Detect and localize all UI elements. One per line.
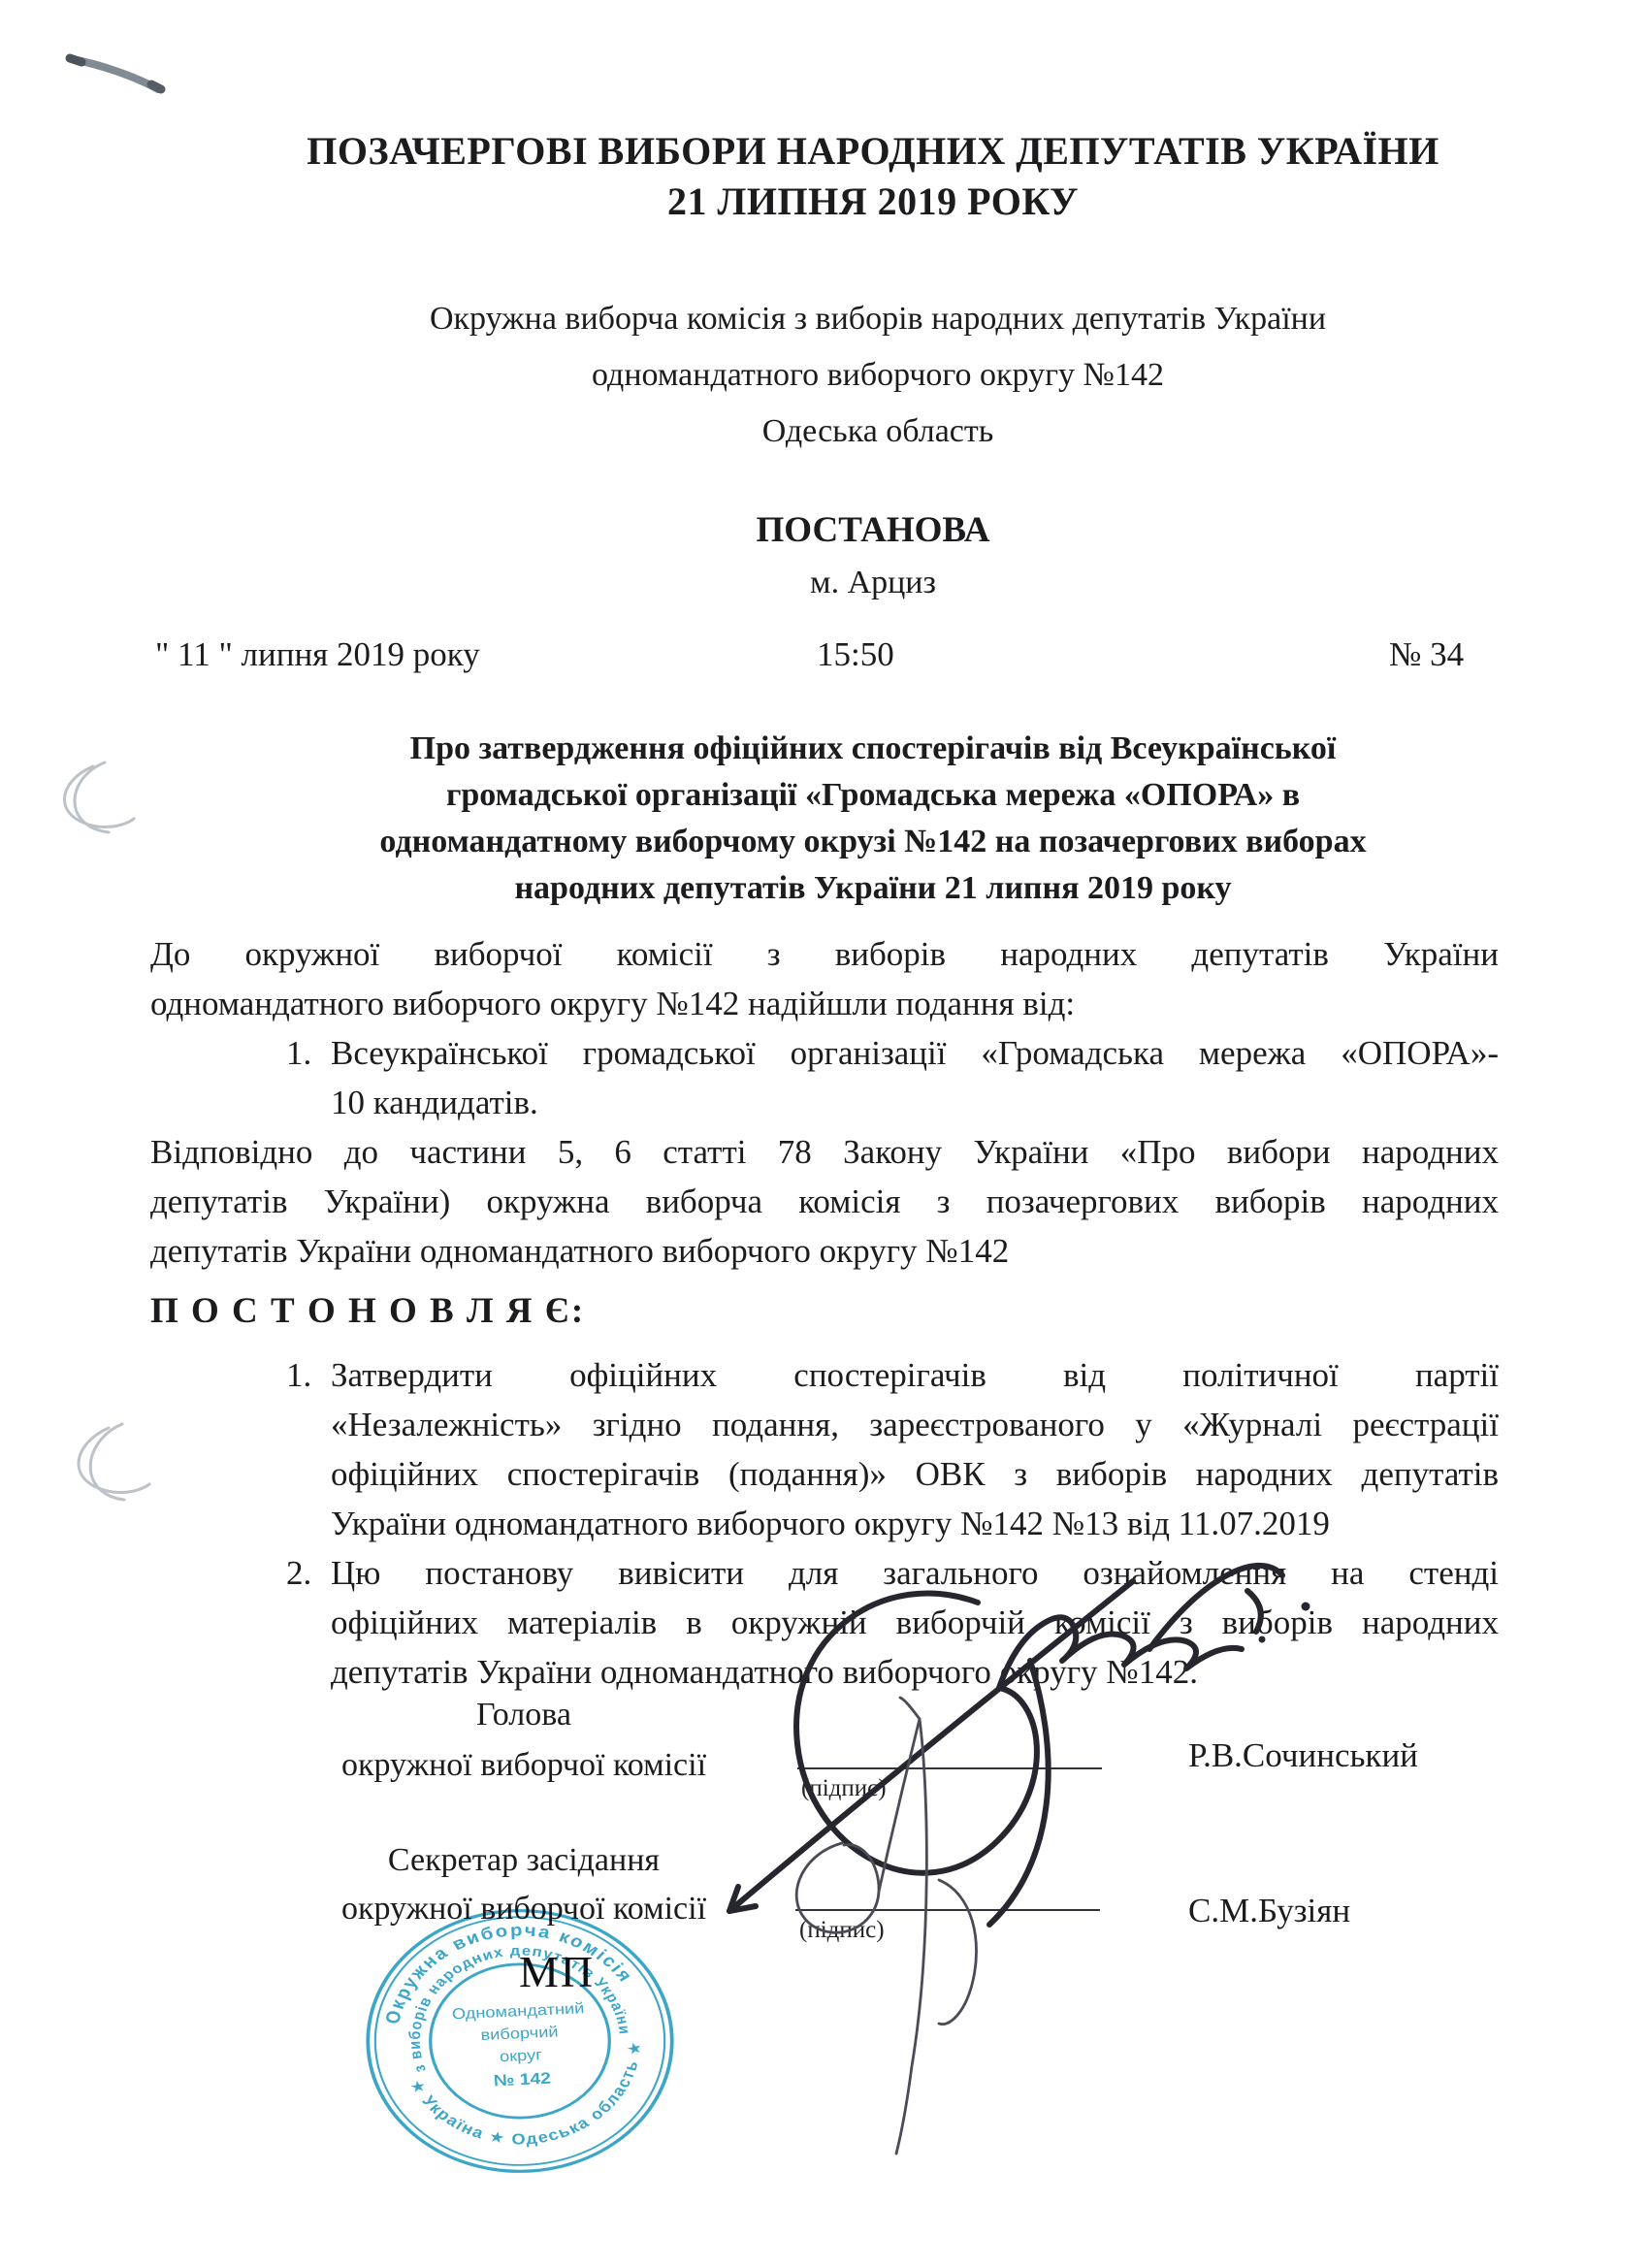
signature-caption-2: (підпис) [799,1917,885,1944]
resolves-heading: П О С Т О Н О В Л Я Є: [150,1290,585,1332]
signature-caption-1: (підпис) [801,1775,887,1802]
resolution-item-1: 1. Затвердити офіційних спостерігачів ві… [286,1350,1499,1548]
resolution-1-line-1: Затвердити офіційних спостерігачів від п… [331,1350,1499,1400]
body-text: До окружної виборчої комісії з виборів н… [150,929,1499,1276]
legal-basis-paragraph: Відповідно до частини 5, 6 статті 78 Зак… [150,1127,1499,1276]
title-line-2: 21 ЛИПНЯ 2019 РОКУ [194,177,1552,227]
resolution-2-line-2: офіційних матеріалів в окружній виборчій… [331,1598,1499,1647]
submission-item-number: 1. [286,1028,331,1127]
submission-item: 1. Всеукраїнської громадської організаці… [286,1028,1499,1127]
subject-heading: Про затвердження офіційних спостерігачів… [194,726,1552,912]
resolution-1-line-3: офіційних спостерігачів (подання)» ОВК з… [331,1449,1499,1499]
official-round-stamp: Окружна виборча комісія з виборів народн… [364,1907,676,2175]
meta-row: " 11 " липня 2019 року 15:50 № 34 [0,635,1649,684]
signature-line-1 [797,1767,1102,1769]
resolution-2-text: Цю постанову вивісити для загального озн… [331,1548,1499,1697]
signer-1-role-line-2: окружної виборчої комісії [223,1740,824,1791]
resolution-1-line-4: України одномандатного виборчого округу … [331,1499,1499,1548]
submission-line-2: 10 кандидатів. [331,1078,1499,1127]
subject-line-3: одномандатному виборчому окрузі №142 на … [194,819,1552,865]
submission-item-text: Всеукраїнської громадської організації «… [331,1028,1499,1127]
signer-1-role: Голова окружної виборчої комісії [223,1690,824,1791]
subject-line-1: Про затвердження офіційних спостерігачів… [194,726,1552,772]
commission-line-2: одномандатного виборчого округу №142 [199,347,1557,404]
resolution-item-2: 2. Цю постанову вивісити для загального … [286,1548,1499,1697]
paperclip-shadow-1 [65,762,135,832]
title-line-1: ПОЗАЧЕРГОВІ ВИБОРИ НАРОДНИХ ДЕПУТАТІВ УК… [194,126,1552,177]
resolution-1-number: 1. [286,1350,331,1548]
resolution-2-line-1: Цю постанову вивісити для загального озн… [331,1548,1499,1598]
stamp-center-line-2: виборчий [480,2024,559,2044]
commission-name: Окружна виборча комісія з виборів народн… [199,291,1557,460]
document-time: 15:50 [817,635,894,674]
stamp-center-line-3: округ [500,2046,543,2064]
subject-line-4: народних депутатів України 21 липня 2019… [194,865,1552,912]
signer-1-name: Р.В.Сочинський [1188,1736,1418,1775]
paperclip-shadow-2 [79,1424,149,1500]
signer-1-role-line-1: Голова [223,1690,824,1740]
document-title: ПОЗАЧЕРГОВІ ВИБОРИ НАРОДНИХ ДЕПУТАТІВ УК… [194,126,1552,227]
signer-2-role-line-1: Секретар засідання [223,1836,824,1885]
commission-line-1: Окружна виборча комісія з виборів народн… [199,291,1557,347]
stamp-center-line-4: № 142 [493,2069,551,2090]
subject-line-2: громадської організації «Громадська мере… [194,772,1552,819]
resolutions-list: 1. Затвердити офіційних спостерігачів ві… [150,1350,1499,1697]
signer-2-name: С.М.Бузіян [1188,1892,1350,1930]
document-number: № 34 [1389,635,1464,674]
resolution-1-line-2: «Незалежність» згідно подання, зареєстро… [331,1400,1499,1449]
stamp-center-line-1: Одномандатний [451,1999,584,2023]
signature-line-2 [795,1909,1100,1911]
staple-mark [70,58,161,89]
intro-line-1: До окружної виборчої комісії з виборів н… [150,929,1499,979]
legal-line-1: Відповідно до частини 5, 6 статті 78 Зак… [150,1127,1499,1177]
commission-line-3: Одеська область [199,404,1557,460]
document-date: " 11 " липня 2019 року [155,635,480,674]
document-place: м. Арциз [194,559,1552,607]
intro-paragraph: До окружної виборчої комісії з виборів н… [150,929,1499,1028]
document-page: ПОЗАЧЕРГОВІ ВИБОРИ НАРОДНИХ ДЕПУТАТІВ УК… [0,0,1649,2268]
resolution-1-text: Затвердити офіційних спостерігачів від п… [331,1350,1499,1548]
submission-line-1: Всеукраїнської громадської організації «… [331,1028,1499,1078]
resolution-2-number: 2. [286,1548,331,1697]
legal-line-2: депутатів України) окружна виборча коміс… [150,1177,1499,1226]
legal-line-3: депутатів України одномандатного виборчо… [150,1226,1499,1276]
intro-line-2: одномандатного виборчого округу №142 над… [150,979,1499,1028]
document-type: ПОСТАНОВА [194,504,1552,557]
